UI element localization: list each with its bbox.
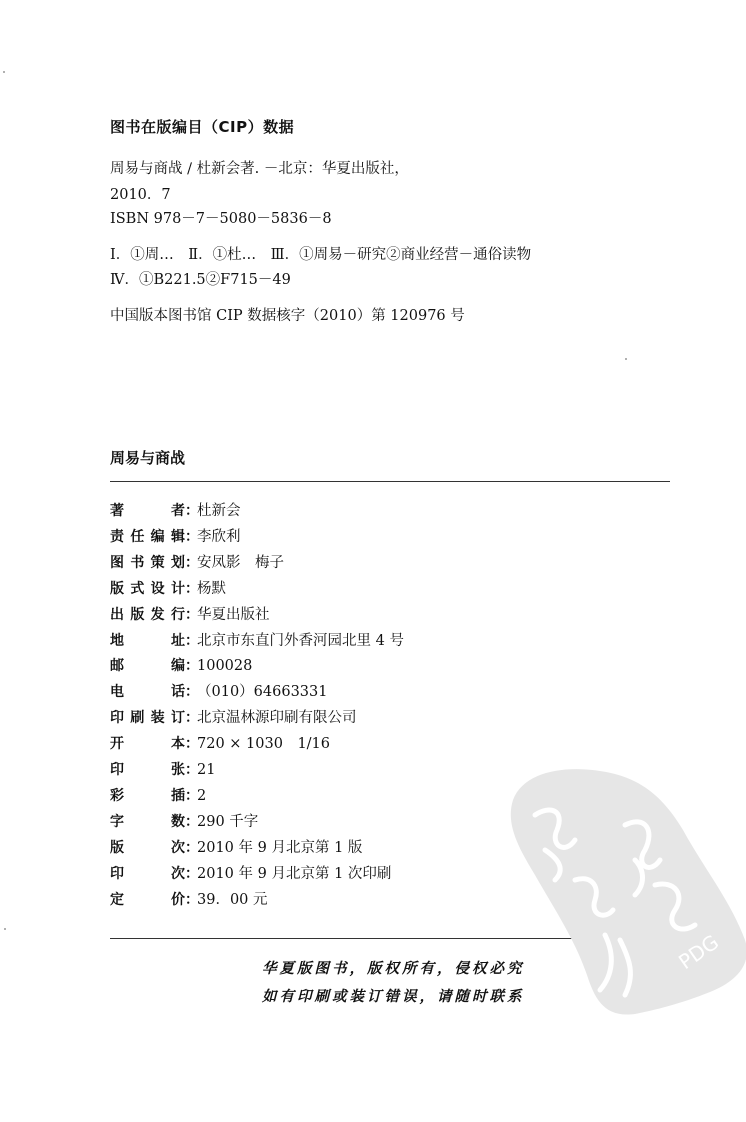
detail-label-char: 印 <box>110 707 124 729</box>
detail-label-char: 编 <box>151 526 165 548</box>
detail-label-char: 辑 <box>171 526 185 548</box>
detail-label-char: 版 <box>110 578 124 600</box>
detail-label-char: 地 <box>110 630 124 652</box>
detail-colon: ： <box>185 655 197 677</box>
detail-value: 720 × 1030 1/16 <box>197 733 330 755</box>
detail-colon: ： <box>185 811 197 833</box>
detail-row: 字数：290 千字 <box>110 811 258 833</box>
detail-label: 定价 <box>110 889 185 911</box>
detail-value: 李欣利 <box>197 526 241 548</box>
detail-label-char: 址 <box>171 630 185 652</box>
detail-label-char: 插 <box>171 785 185 807</box>
detail-value: 100028 <box>197 655 252 677</box>
detail-label: 字数 <box>110 811 185 833</box>
cip-isbn: ISBN 978－7－5080－5836－8 <box>110 208 332 230</box>
detail-label-char: 开 <box>110 733 124 755</box>
seal-stamp-icon: PDG <box>495 760 746 1020</box>
detail-label: 地址 <box>110 630 185 652</box>
detail-row: 邮编：100028 <box>110 655 252 677</box>
detail-colon: ： <box>185 889 197 911</box>
book-title: 周易与商战 <box>110 447 185 468</box>
detail-label-char: 本 <box>171 733 185 755</box>
detail-value: 2010 年 9 月北京第 1 版 <box>197 837 362 859</box>
detail-label-char: 者 <box>171 500 185 522</box>
detail-label-char: 彩 <box>110 785 124 807</box>
detail-label-char: 任 <box>130 526 144 548</box>
detail-value: 北京市东直门外香河园北里 4 号 <box>197 630 404 652</box>
detail-label-char: 话 <box>171 681 185 703</box>
detail-label-char: 式 <box>130 578 144 600</box>
detail-row: 出版发行：华夏出版社 <box>110 604 270 626</box>
detail-label: 版式设计 <box>110 578 185 600</box>
detail-label-char: 次 <box>171 837 185 859</box>
detail-value: 杨默 <box>197 578 226 600</box>
detail-value: 华夏出版社 <box>197 604 270 626</box>
detail-colon: ： <box>185 837 197 859</box>
detail-label-char: 价 <box>171 889 185 911</box>
detail-label-char: 印 <box>110 863 124 885</box>
detail-row: 责任编辑：李欣利 <box>110 526 241 548</box>
detail-colon: ： <box>185 863 197 885</box>
detail-label-char: 策 <box>151 552 165 574</box>
cip-record-number: 中国版本图书馆 CIP 数据核字（2010）第 120976 号 <box>110 305 465 327</box>
detail-label-char: 划 <box>171 552 185 574</box>
detail-value: 杜新会 <box>197 500 241 522</box>
detail-colon: ： <box>185 785 197 807</box>
detail-value: 安凤影 梅子 <box>197 552 284 574</box>
detail-row: 图书策划：安凤影 梅子 <box>110 552 284 574</box>
pdg-watermark: PDG <box>495 760 746 1020</box>
detail-label-char: 订 <box>171 707 185 729</box>
divider <box>110 481 670 482</box>
detail-label-char: 计 <box>171 578 185 600</box>
detail-label-char: 责 <box>110 526 124 548</box>
detail-value: （010）64663331 <box>197 681 327 703</box>
detail-row: 著者：杜新会 <box>110 500 241 522</box>
cip-heading: 图书在版编目（CIP）数据 <box>110 116 294 137</box>
detail-row: 定价：39．00 元 <box>110 889 268 911</box>
detail-label: 彩插 <box>110 785 185 807</box>
detail-colon: ： <box>185 552 197 574</box>
detail-label-char: 次 <box>171 863 185 885</box>
detail-colon: ： <box>185 707 197 729</box>
detail-row: 开本：720 × 1030 1/16 <box>110 733 330 755</box>
detail-label-char: 版 <box>110 837 124 859</box>
detail-label: 版次 <box>110 837 185 859</box>
detail-row: 版式设计：杨默 <box>110 578 226 600</box>
detail-label-char: 电 <box>110 681 124 703</box>
detail-label-char: 字 <box>110 811 124 833</box>
detail-label: 邮编 <box>110 655 185 677</box>
detail-label-char: 装 <box>151 707 165 729</box>
detail-label-char: 刷 <box>130 707 144 729</box>
detail-label-char: 张 <box>171 759 185 781</box>
detail-row: 电话：（010）64663331 <box>110 681 327 703</box>
detail-row: 印刷装订：北京温林源印刷有限公司 <box>110 707 357 729</box>
cip-classification: Ⅳ．①B221.5②F715－49 <box>110 269 291 291</box>
detail-label: 电话 <box>110 681 185 703</box>
detail-value: 290 千字 <box>197 811 258 833</box>
detail-colon: ： <box>185 500 197 522</box>
detail-label-char: 定 <box>110 889 124 911</box>
cip-classification: Ⅰ．①周… Ⅱ．①杜… Ⅲ．①周易－研究②商业经营－通俗读物 <box>110 244 531 266</box>
detail-label: 印次 <box>110 863 185 885</box>
detail-colon: ： <box>185 733 197 755</box>
detail-row: 版次：2010 年 9 月北京第 1 版 <box>110 837 362 859</box>
scan-speck <box>625 358 627 360</box>
detail-label-char: 邮 <box>110 655 124 677</box>
detail-label: 出版发行 <box>110 604 185 626</box>
detail-value: 39．00 元 <box>197 889 268 911</box>
detail-row: 地址：北京市东直门外香河园北里 4 号 <box>110 630 404 652</box>
detail-colon: ： <box>185 759 197 781</box>
detail-label-char: 编 <box>171 655 185 677</box>
detail-label-char: 行 <box>171 604 185 626</box>
detail-value: 21 <box>197 759 215 781</box>
detail-colon: ： <box>185 604 197 626</box>
detail-label-char: 数 <box>171 811 185 833</box>
detail-label-char: 印 <box>110 759 124 781</box>
detail-row: 彩插：2 <box>110 785 206 807</box>
detail-row: 印张：21 <box>110 759 215 781</box>
detail-label-char: 著 <box>110 500 124 522</box>
detail-label-char: 图 <box>110 552 124 574</box>
cip-line: 2010．7 <box>110 184 171 206</box>
detail-label: 图书策划 <box>110 552 185 574</box>
detail-colon: ： <box>185 578 197 600</box>
detail-colon: ： <box>185 630 197 652</box>
detail-label-char: 出 <box>110 604 124 626</box>
detail-label: 责任编辑 <box>110 526 185 548</box>
scan-speck <box>4 928 6 930</box>
detail-label-char: 版 <box>130 604 144 626</box>
detail-row: 印次：2010 年 9 月北京第 1 次印刷 <box>110 863 391 885</box>
detail-label: 印张 <box>110 759 185 781</box>
detail-label: 印刷装订 <box>110 707 185 729</box>
detail-value: 2 <box>197 785 206 807</box>
scan-speck <box>3 71 5 73</box>
detail-colon: ： <box>185 526 197 548</box>
detail-label-char: 书 <box>130 552 144 574</box>
cip-line: 周易与商战 ∕ 杜新会著. －北京：华夏出版社， <box>110 158 409 180</box>
detail-colon: ： <box>185 681 197 703</box>
detail-label: 开本 <box>110 733 185 755</box>
detail-label-char: 发 <box>151 604 165 626</box>
detail-label-char: 设 <box>151 578 165 600</box>
detail-value: 2010 年 9 月北京第 1 次印刷 <box>197 863 391 885</box>
detail-label: 著者 <box>110 500 185 522</box>
detail-value: 北京温林源印刷有限公司 <box>197 707 357 729</box>
